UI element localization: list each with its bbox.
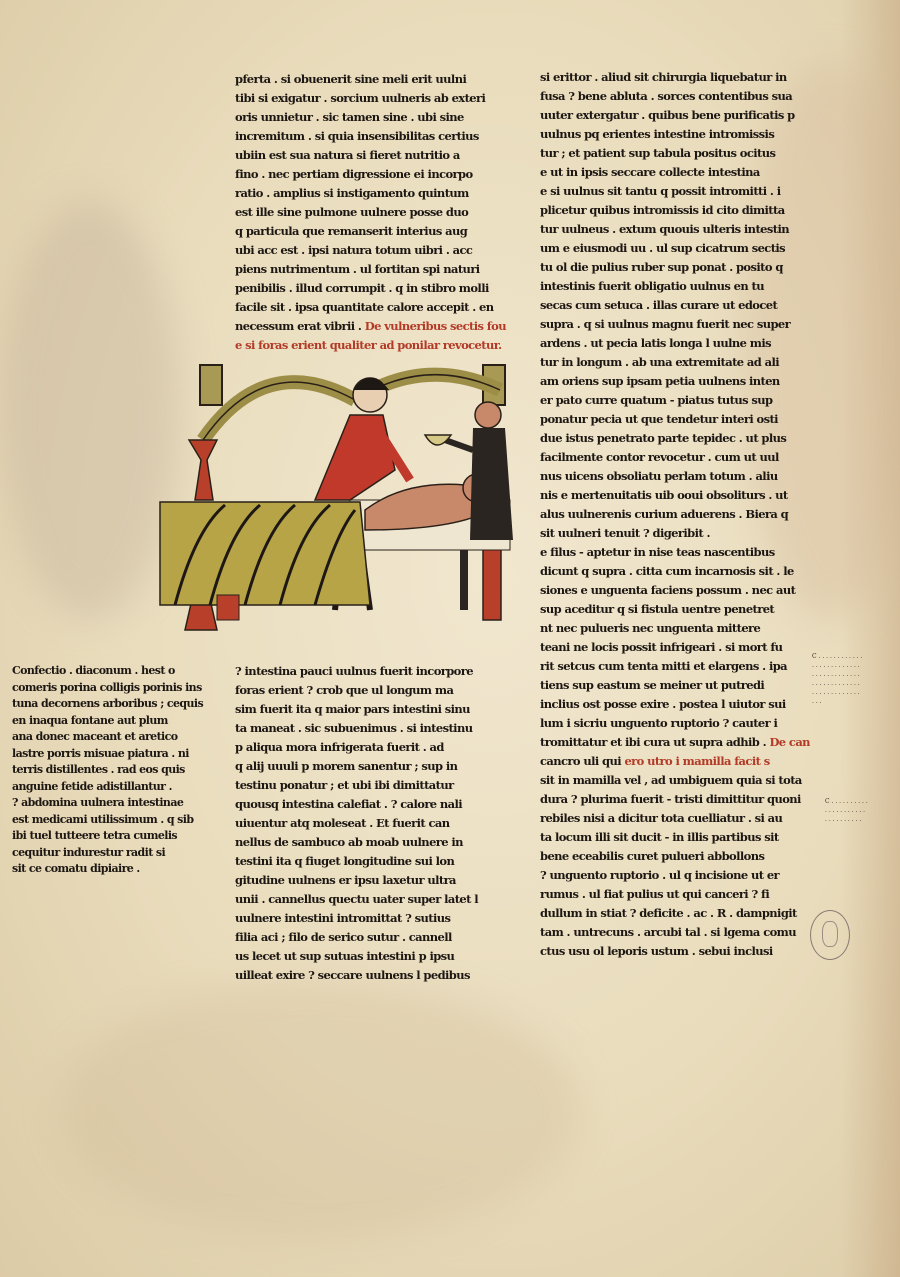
text-column-right: si erittor . aliud sit chirurgia liqueba…	[540, 68, 810, 961]
text-line: er pato curre quatum - piatus tutus sup	[540, 391, 810, 410]
text-line: intestinis fuerit obligatio uulnus en tu	[540, 277, 810, 296]
text-line: dullum in stiat ? deficite . ac . R . da…	[540, 904, 810, 923]
text-line: uiuentur atq moleseat . Et fuerit can	[235, 814, 510, 833]
text-line: e filus - aptetur in nise teas nascentib…	[540, 543, 810, 562]
text-line: tur uulneus . extum quouis ulteris intes…	[540, 220, 810, 239]
text-line: nellus de sambuco ab moab uulnere in	[235, 833, 510, 852]
text-line: rumus . ul fiat pulius ut qui canceri ? …	[540, 885, 810, 904]
text-column-center-bottom: ? intestina pauci uulnus fuerit incorpor…	[235, 662, 510, 985]
rubric-heading: e si foras erient qualiter ad ponilar re…	[235, 336, 515, 355]
text-line: sit uulneri tenuit ? digeribit .	[540, 524, 810, 543]
text-line: e ut in ipsis seccare collecte intestina	[540, 163, 810, 182]
text-line: tuna decornens arboribus ; cequis	[12, 696, 212, 713]
text-line: sit ce comatu dipiaire .	[12, 861, 212, 878]
marginal-note-line: . . . . . . . . . . . . .	[812, 661, 862, 670]
text-line: due istus penetrato parte tepidec . ut p…	[540, 429, 810, 448]
marginal-note-line: . . . . . . . . . . . . .	[812, 688, 862, 697]
text-line: cequitur indurestur radit si	[12, 845, 212, 862]
text-line: est medicami utilissimum . q sib	[12, 812, 212, 829]
text-line: um e eiusmodi uu . ul sup cicatrum secti…	[540, 239, 810, 258]
text-line: ratio . amplius si instigamento quintum	[235, 184, 515, 203]
text-line: uulnere intestini intromittat ? sutius	[235, 909, 510, 928]
text-line: cancro uli qui ero utro i mamilla facit …	[540, 752, 810, 771]
marginal-note-line: . . . . . . . . . . . . .	[812, 670, 862, 679]
text-line: p aliqua mora infrigerata fuerit . ad	[235, 738, 510, 757]
marginal-note-line: . . .	[812, 697, 862, 706]
text-line: ta locum illi sit ducit - in illis parti…	[540, 828, 810, 847]
marginal-note-line: C . . . . . . . . . .	[825, 797, 868, 806]
text-line: oris unnietur . sic tamen sine . ubi sin…	[235, 108, 515, 127]
rubric-heading: De vulneribus sectis fou	[365, 319, 506, 333]
text-line: nt nec pulueris nec unguenta mittere	[540, 619, 810, 638]
marginal-note: C . . . . . . . . . . . . . . . . . . . …	[812, 652, 862, 706]
text-line: nus uicens obsoliatu perlam totum . aliu	[540, 467, 810, 486]
parchment-stain	[0, 200, 180, 620]
text-line: uulnus pq erientes intestine intromissis	[540, 125, 810, 144]
text-line: si erittor . aliud sit chirurgia liqueba…	[540, 68, 810, 87]
text-line: fusa ? bene abluta . sorces contentibus …	[540, 87, 810, 106]
marginal-note-line: C . . . . . . . . . . . .	[812, 652, 862, 661]
text-line: en inaqua fontane aut plum	[12, 713, 212, 730]
text-line: e si uulnus sit tantu q possit intromitt…	[540, 182, 810, 201]
text-line: penibilis . illud corrumpit . q in stibr…	[235, 279, 515, 298]
text-line: foras erient ? crob que ul longum ma	[235, 681, 510, 700]
text-line: tam . untrecuns . arcubi tal . si lgema …	[540, 923, 810, 942]
text-line: bene eceabilis curet pulueri abbollons	[540, 847, 810, 866]
text-line: facilmente contor revocetur . cum ut uul	[540, 448, 810, 467]
text-line: uilleat exire ? seccare uulnens l pedibu…	[235, 966, 510, 985]
text-line: est ille sine pulmone uulnere posse duo	[235, 203, 515, 222]
text-line: ? abdomina uulnera intestinae	[12, 795, 212, 812]
text-line: gitudine uulnens er ipsu laxetur ultra	[235, 871, 510, 890]
text-line: teani ne locis possit infrigeari . si mo…	[540, 638, 810, 657]
text-line: am oriens sup ipsam petia uulnens inten	[540, 372, 810, 391]
text-line: comeris porina colligis porinis ins	[12, 680, 212, 697]
rubric-heading: De can	[769, 735, 810, 749]
text-line: q alij uuuli p morem sanentur ; sup in	[235, 757, 510, 776]
text-line: facile sit . ipsa quantitate calore acce…	[235, 298, 515, 317]
text-line: filia aci ; filo de serico sutur . canne…	[235, 928, 510, 947]
text-fragment: cancro uli qui	[540, 754, 621, 768]
text-column-left-bottom: Confectio . diaconum . hest o comeris po…	[12, 663, 212, 878]
text-line: tiens sup eastum se meiner ut putredi	[540, 676, 810, 695]
marginal-note-line: . . . . . . . . . .	[825, 815, 868, 824]
text-line: tu ol die pulius ruber sup ponat . posit…	[540, 258, 810, 277]
text-line: lastre porris misuae piatura . ni	[12, 746, 212, 763]
text-line: ta maneat . sic subuenimus . si intestin…	[235, 719, 510, 738]
text-line: nis e mertenuitatis uib ooui obsoliturs …	[540, 486, 810, 505]
text-line: ubiin est sua natura si fieret nutritio …	[235, 146, 515, 165]
text-fragment: necessum erat vibrii .	[235, 319, 361, 333]
text-line: incremitum . si quia insensibilitas cert…	[235, 127, 515, 146]
text-line: uuter extergatur . quibus bene purificat…	[540, 106, 810, 125]
text-line: tromittatur et ibi cura ut supra adhib .…	[540, 733, 810, 752]
text-line: plicetur quibus intromissis id cito dimi…	[540, 201, 810, 220]
text-line: sim fuerit ita q maior pars intestini si…	[235, 700, 510, 719]
text-line: rebiles nisi a dicitur tota cuelliatur .…	[540, 809, 810, 828]
text-line: siones e unguenta faciens possum . nec a…	[540, 581, 810, 600]
text-line: pferta . si obuenerit sine meli erit uul…	[235, 70, 515, 89]
text-column-center-top: pferta . si obuenerit sine meli erit uul…	[235, 70, 515, 355]
text-line: sit in mamilla vel , ad umbiguem quia si…	[540, 771, 810, 790]
text-line: tur ; et patient sup tabula positus ocit…	[540, 144, 810, 163]
text-line: sup aceditur q si fistula uentre penetre…	[540, 600, 810, 619]
text-line: us lecet ut sup sutuas intestini p ipsu	[235, 947, 510, 966]
marginal-note-line: . . . . . . . . . . .	[825, 806, 868, 815]
text-line: ? unguento ruptorio . ul q incisione ut …	[540, 866, 810, 885]
text-line: quousq intestina calefiat . ? calore nal…	[235, 795, 510, 814]
text-line: dura ? plurima fuerit - tristi dimittitu…	[540, 790, 810, 809]
text-fragment: tromittatur et ibi cura ut supra adhib .	[540, 735, 766, 749]
marginal-note-line: . . . . . . . . . . . . .	[812, 679, 862, 688]
text-line: ? intestina pauci uulnus fuerit incorpor…	[235, 662, 510, 681]
text-line: dicunt q supra . citta cum incarnosis si…	[540, 562, 810, 581]
illumination-surgery-scene	[155, 360, 515, 640]
text-line: anguine fetide adistillantur .	[12, 779, 212, 796]
text-line: ctus usu ol leporis ustum . sebui inclus…	[540, 942, 810, 961]
text-line: lum i sicriu unguento ruptorio ? cauter …	[540, 714, 810, 733]
text-line: testini ita q fiuget longitudine sui lon	[235, 852, 510, 871]
text-line: supra . q si uulnus magnu fuerit nec sup…	[540, 315, 810, 334]
rubric-heading: ero utro i mamilla facit s	[624, 754, 769, 768]
text-line: terris distillentes . rad eos quis	[12, 762, 212, 779]
text-line: tur in longum . ab una extremitate ad al…	[540, 353, 810, 372]
text-line: q particula que remanserit interius aug	[235, 222, 515, 241]
text-line: ubi acc est . ipsi natura totum uibri . …	[235, 241, 515, 260]
text-line: testinu ponatur ; et ubi ibi dimittatur	[235, 776, 510, 795]
text-line: ibi tuel tutteere tetra cumelis	[12, 828, 212, 845]
text-line: secas cum setuca . illas curare ut edoce…	[540, 296, 810, 315]
parchment-stain	[60, 980, 580, 1240]
text-line: alus uulnerenis curium aduerens . Biera …	[540, 505, 810, 524]
library-stamp-icon	[810, 910, 850, 960]
text-line: necessum erat vibrii . De vulneribus sec…	[235, 317, 515, 336]
marginal-note: C . . . . . . . . . . . . . . . . . . . …	[825, 797, 868, 824]
text-line: inclius ost posse exire . postea l uiuto…	[540, 695, 810, 714]
text-line: ponatur pecia ut que tendetur interi ost…	[540, 410, 810, 429]
text-line: fino . nec pertiam digressione ei incorp…	[235, 165, 515, 184]
text-line: ana donec maceant et aretico	[12, 729, 212, 746]
text-line: piens nutrimentum . ul fortitan spi natu…	[235, 260, 515, 279]
text-line: tibi si exigatur . sorcium uulneris ab e…	[235, 89, 515, 108]
text-line: unii . cannellus quectu uater super late…	[235, 890, 510, 909]
text-line: ardens . ut pecia latis longa l uulne mi…	[540, 334, 810, 353]
text-line: rit setcus cum tenta mitti et elargens .…	[540, 657, 810, 676]
text-line: Confectio . diaconum . hest o	[12, 663, 212, 680]
